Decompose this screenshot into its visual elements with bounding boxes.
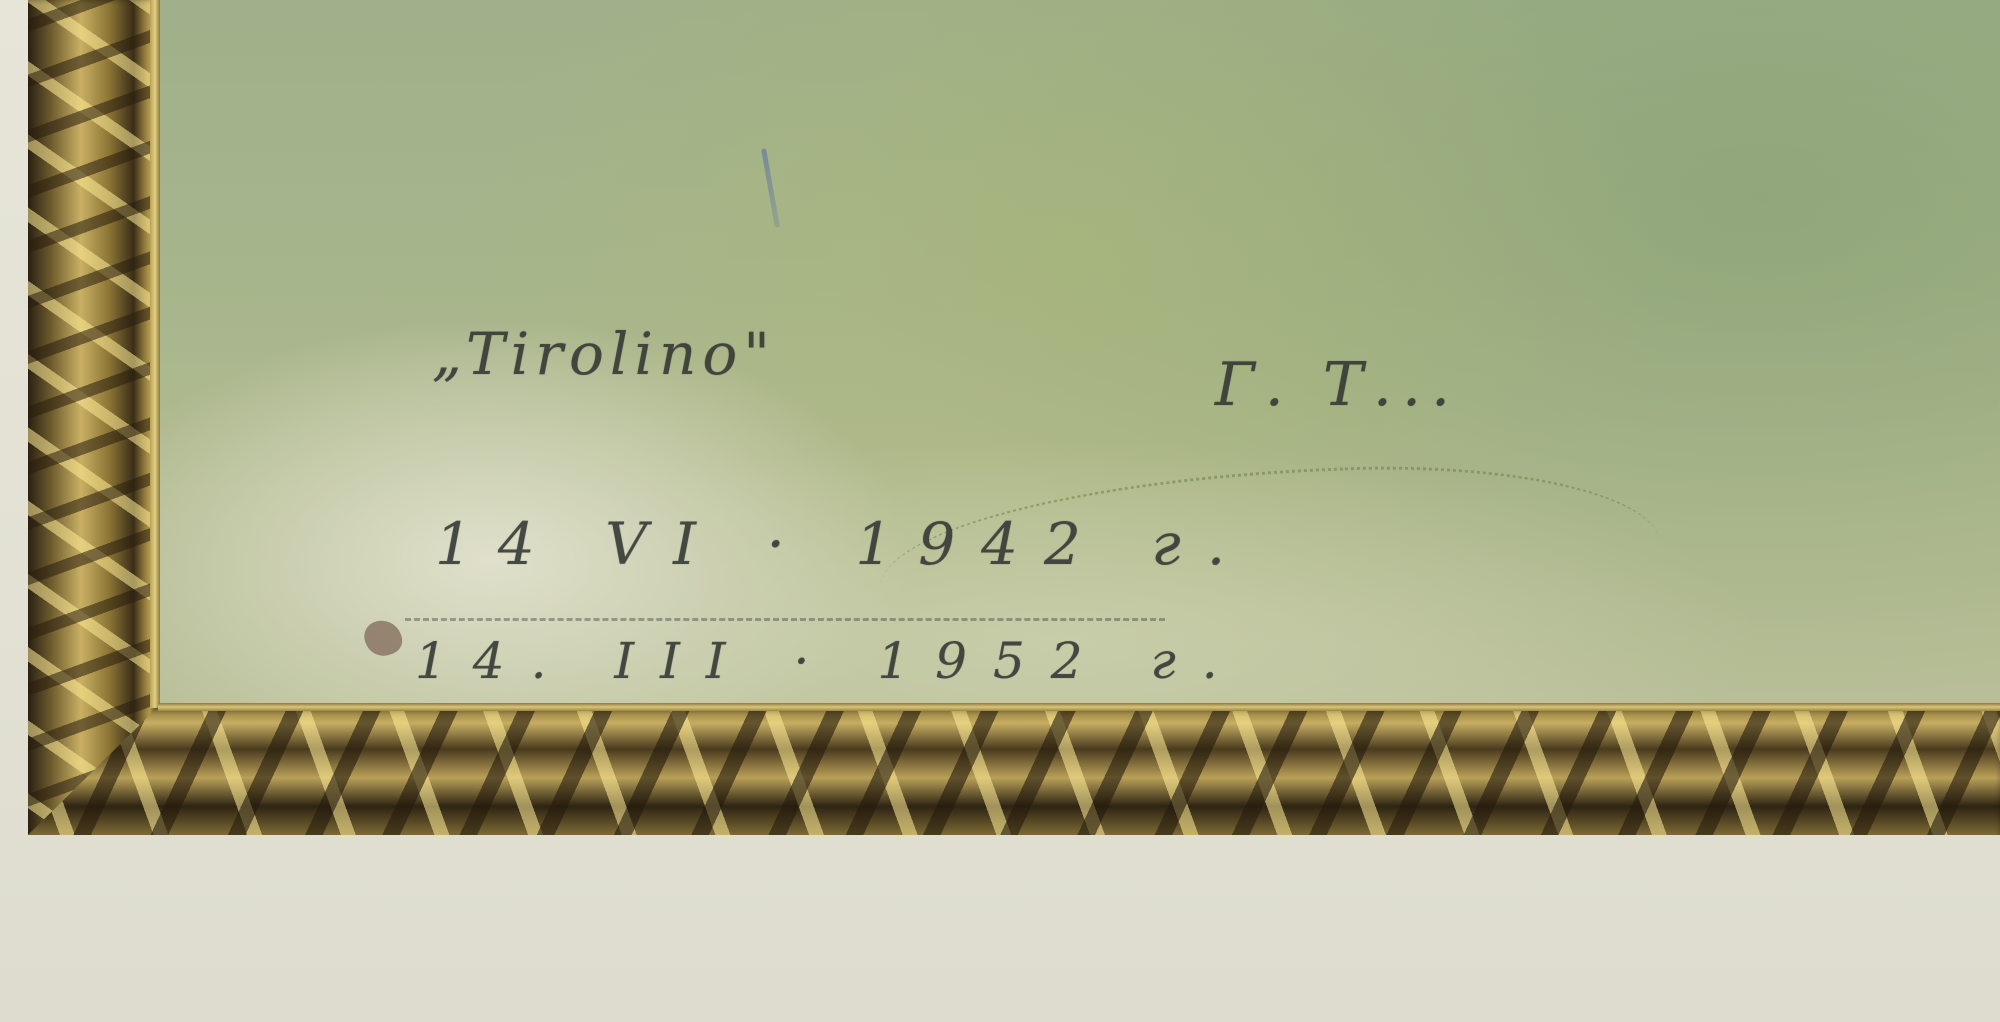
date-inscription-1942: 14 VI · 1942 г. — [435, 510, 1251, 578]
gilt-frame-left — [28, 0, 160, 835]
blue-pencil-mark — [761, 148, 780, 228]
frame-inner-lip-bottom — [158, 703, 2000, 711]
date-inscription-1952: 14. III · 1952 г. — [415, 632, 1244, 690]
paint-chip-damage — [360, 615, 406, 661]
gilt-frame-bottom — [28, 705, 2000, 835]
title-inscription: „Tirolino" — [432, 320, 776, 388]
pencil-underline — [405, 618, 1165, 621]
artist-signature: Г. Т... — [1215, 350, 1460, 420]
frame-inner-lip-left — [150, 0, 160, 708]
